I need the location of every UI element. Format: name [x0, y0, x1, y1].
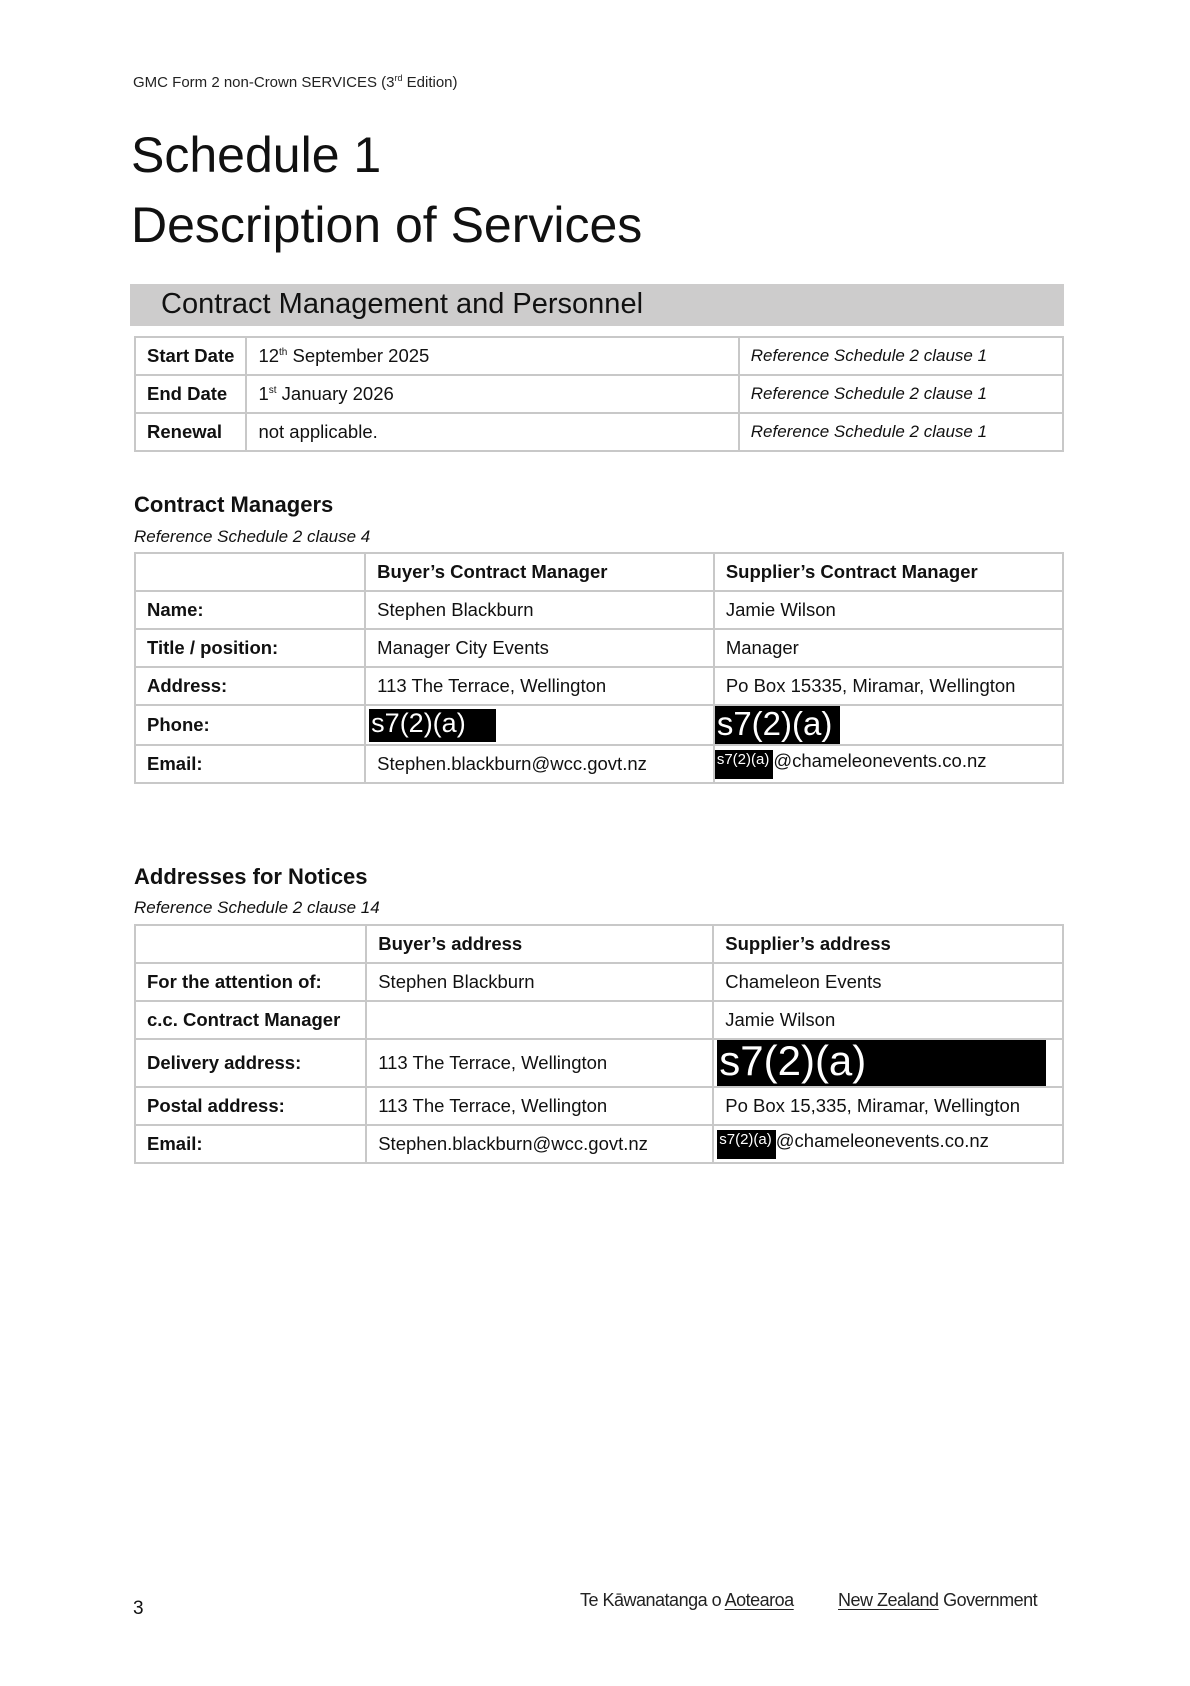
notices-heading: Addresses for Notices [134, 864, 368, 890]
redaction-box: s7(2)(a) [717, 1130, 776, 1159]
table-row: Renewal not applicable. Reference Schedu… [135, 413, 1063, 451]
contract-managers-heading: Contract Managers [134, 492, 333, 518]
redaction-box: s7(2)(a) [715, 750, 774, 779]
notices-table: Buyer’s address Supplier’s address For t… [134, 924, 1064, 1164]
contract-managers-reference: Reference Schedule 2 clause 4 [134, 527, 370, 547]
contract-dates-table: Start Date 12th September 2025 Reference… [134, 336, 1064, 452]
table-row: Email: Stephen.blackburn@wcc.govt.nz s7(… [135, 1125, 1063, 1163]
table-row: Address: 113 The Terrace, Wellington Po … [135, 667, 1063, 705]
table-row: Email: Stephen.blackburn@wcc.govt.nz s7(… [135, 745, 1063, 783]
table-row: End Date 1st January 2026 Reference Sche… [135, 375, 1063, 413]
table-row: For the attention of: Stephen Blackburn … [135, 963, 1063, 1001]
table-row: Delivery address: 113 The Terrace, Welli… [135, 1039, 1063, 1087]
table-header-row: Buyer’s address Supplier’s address [135, 925, 1063, 963]
contract-managers-table: Buyer’s Contract Manager Supplier’s Cont… [134, 552, 1064, 784]
table-row: Name: Stephen Blackburn Jamie Wilson [135, 591, 1063, 629]
redaction-box: s7(2)(a) [715, 706, 841, 744]
table-row: Postal address: 113 The Terrace, Welling… [135, 1087, 1063, 1125]
redaction-box: s7(2)(a) [369, 709, 496, 742]
notices-reference: Reference Schedule 2 clause 14 [134, 898, 380, 918]
table-row: c.c. Contract Manager Jamie Wilson [135, 1001, 1063, 1039]
page-number: 3 [133, 1598, 144, 1620]
section-heading-bar: Contract Management and Personnel [130, 284, 1064, 326]
redaction-box: s7(2)(a) [717, 1040, 1046, 1086]
govt-logo-maori: Te Kāwanatanga o Aotearoa [580, 1590, 794, 1611]
table-row: Start Date 12th September 2025 Reference… [135, 337, 1063, 375]
table-row: Title / position: Manager City Events Ma… [135, 629, 1063, 667]
page-title: Schedule 1Description of Services [131, 120, 642, 260]
table-header-row: Buyer’s Contract Manager Supplier’s Cont… [135, 553, 1063, 591]
table-row: Phone: s7(2)(a) s7(2)(a) [135, 705, 1063, 745]
form-header: GMC Form 2 non-Crown SERVICES (3rd Editi… [133, 73, 458, 91]
govt-logo-english: New Zealand Government [838, 1590, 1037, 1611]
